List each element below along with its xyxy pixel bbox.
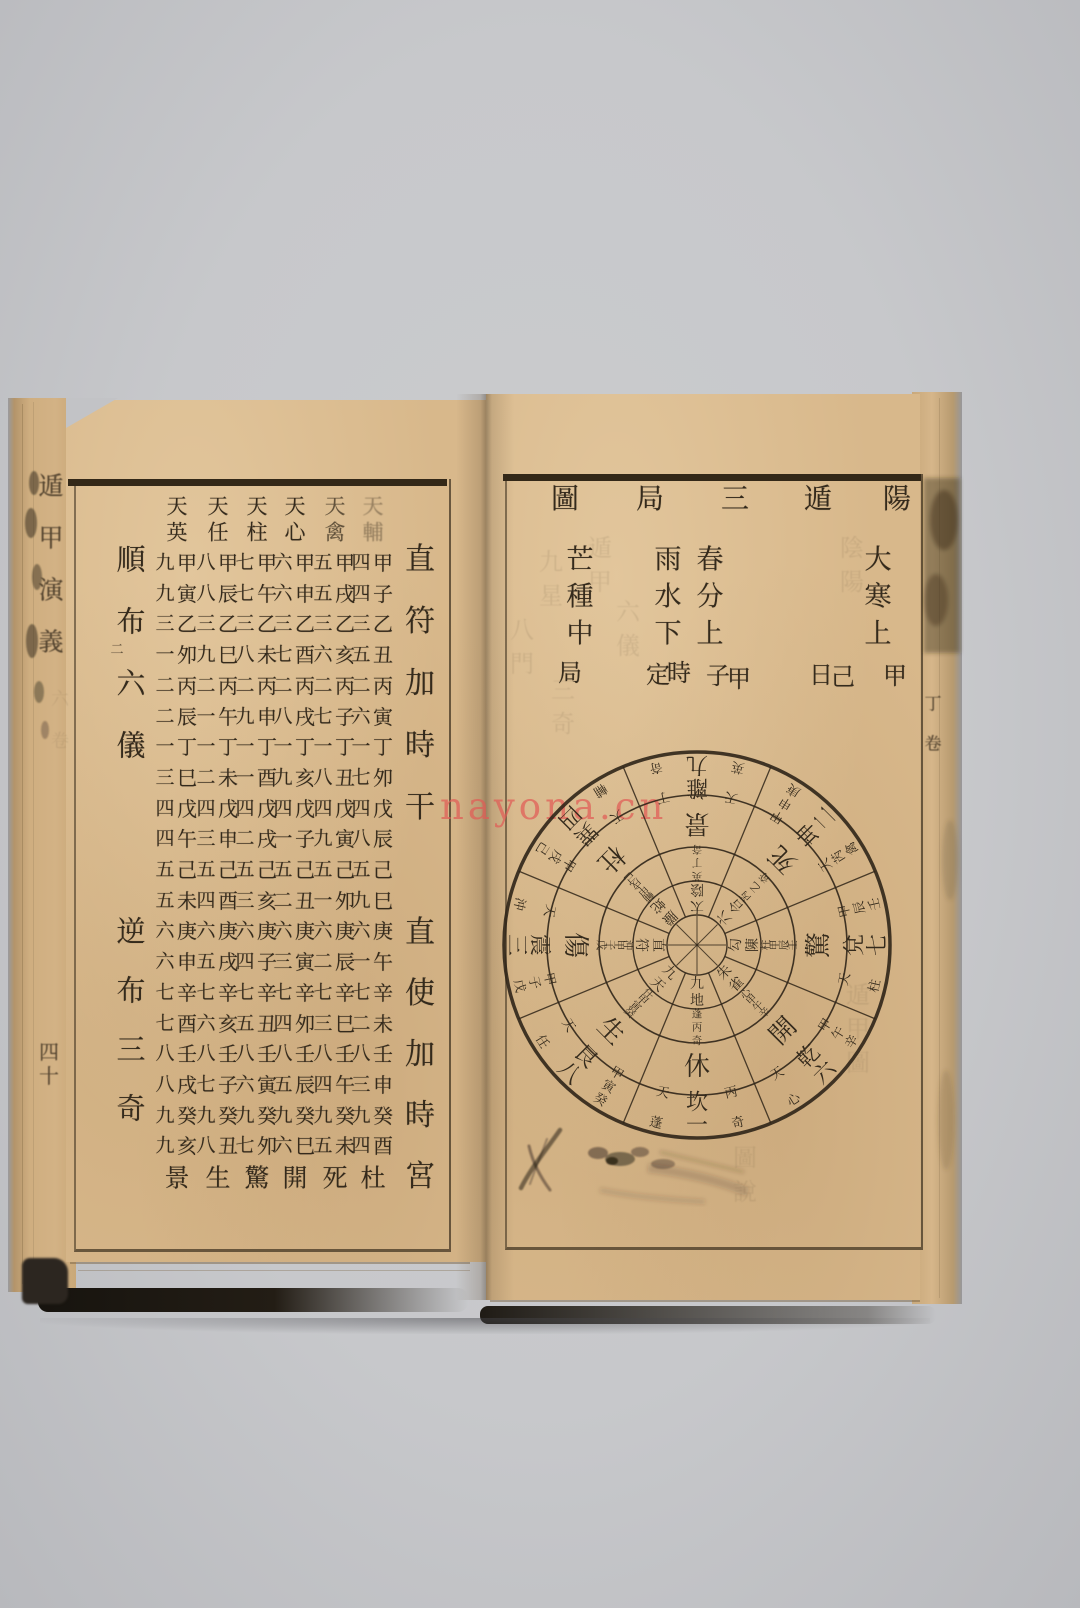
table-footer-gate: 開 <box>282 1166 307 1191</box>
table-cell-stem-branch: 午 <box>177 829 197 849</box>
table-cell-stem-branch: 丙 <box>295 676 315 696</box>
wheel-inner-star-stem: 蓬 <box>692 1007 703 1020</box>
table-header-star: 天 <box>285 497 306 518</box>
table-cell-stem-branch: 辰 <box>177 707 197 727</box>
table-cell-number: 五 <box>273 1075 292 1094</box>
wheel-god: 符 <box>633 938 649 952</box>
table-cell-stem-branch: 子 <box>295 829 315 849</box>
bleedthrough-text: 甲 <box>588 570 612 594</box>
table-cell-number: 九 <box>313 1106 332 1125</box>
table-cell-number: 九 <box>273 1106 292 1125</box>
table-cell-stem-branch: 丙 <box>177 676 197 696</box>
table-cell-number: 一 <box>155 738 174 757</box>
wheel-gate: 生 <box>591 1011 631 1051</box>
table-cell-number: 九 <box>351 891 370 910</box>
table-cell-number: 九 <box>273 768 292 787</box>
table-header-star: 禽 <box>325 523 346 544</box>
table-cell-number: 九 <box>155 1137 174 1156</box>
table-cell-number: 七 <box>235 554 254 573</box>
table-cell-number: 六 <box>273 1137 292 1156</box>
table-cell-number: 六 <box>273 922 292 941</box>
wheel-star: 天 <box>723 788 739 806</box>
table-cell-number: 九 <box>196 646 215 665</box>
table-cell-number: 八 <box>235 646 254 665</box>
annotation-char: 定 <box>646 663 670 687</box>
spine-title: 演 <box>38 578 63 603</box>
wheel-inner-star-stem: 丙 <box>692 1022 703 1034</box>
heading-zhishi-jiashigong: 時 <box>405 1101 435 1131</box>
wheel-inner-star-stem: 奇 <box>691 843 702 856</box>
wheel-star: 天 <box>836 971 854 987</box>
table-cell-number: 八 <box>196 584 215 603</box>
spine-title: 甲 <box>38 526 63 551</box>
table-cell-number: 五 <box>313 554 332 573</box>
table-cell-number: 一 <box>273 738 292 757</box>
spine-title: 義 <box>38 630 63 655</box>
table-cell-number: 九 <box>155 584 174 603</box>
label-nibu-sanqi: 奇 <box>116 1095 145 1124</box>
wheel-palace: 震 <box>527 934 552 956</box>
bleedthrough-text: 六 <box>616 600 640 624</box>
table-cell-number: 九 <box>155 554 174 573</box>
table-cell-number: 八 <box>351 1045 370 1064</box>
table-cell-number: 四 <box>351 799 370 818</box>
wheel-inner-star-stem: 英 <box>691 870 702 883</box>
table-cell-number: 七 <box>235 584 254 603</box>
solar-term: 雨 <box>655 547 682 574</box>
table-cell-number: 六 <box>273 554 292 573</box>
table-cell-number: 七 <box>155 983 174 1002</box>
table-cell-stem-branch: 丑 <box>373 645 393 665</box>
table-cell-number: 一 <box>196 707 215 726</box>
wheel-stem: 丙 <box>723 1084 739 1102</box>
table-cell-stem-branch: 丁 <box>177 737 197 757</box>
table-cell-number: 一 <box>155 646 174 665</box>
table-header-star: 輔 <box>363 523 384 544</box>
label-shunbu-liuyi: 順 <box>116 546 145 575</box>
annotation-char: 甲 <box>727 667 751 691</box>
wheel-inner-star-stem: 壬 <box>787 939 799 950</box>
bleedthrough-text: 陽 <box>840 570 864 594</box>
wheel-star: 英 <box>730 758 746 776</box>
right-frame-top-rule <box>503 474 921 481</box>
table-cell-number: 四 <box>351 584 370 603</box>
heading-zhishi-jiashigong: 使 <box>405 979 435 1009</box>
page-number: 四 <box>39 1042 59 1062</box>
table-cell-number: 三 <box>351 1075 370 1094</box>
wheel-gate: 杜 <box>591 839 631 879</box>
table-cell-number: 四 <box>273 1014 292 1033</box>
table-cell-number: 三 <box>313 1014 332 1033</box>
annotation-char: 甲 <box>883 664 907 688</box>
table-cell-number: 四 <box>196 891 215 910</box>
table-cell-stem-branch: 辰 <box>295 1075 315 1095</box>
solar-term: 下 <box>655 621 682 648</box>
table-cell-number: 四 <box>313 799 332 818</box>
spine-subtitle: 卷 <box>51 733 69 751</box>
bleedthrough-text: 陰 <box>840 536 864 560</box>
wheel-gate: 開 <box>763 1011 803 1051</box>
table-cell-number: 七 <box>273 983 292 1002</box>
solar-term: 春 <box>697 547 724 574</box>
table-cell-stem-branch: 酉 <box>373 1136 393 1156</box>
wheel-gate: 驚 <box>804 932 834 958</box>
table-cell-stem-branch: 午 <box>373 952 393 972</box>
table-cell-number: 二 <box>313 676 332 695</box>
label-nibu-sanqi: 布 <box>116 977 145 1006</box>
table-cell-stem-branch: 酉 <box>177 1014 197 1034</box>
table-cell-number: 九 <box>351 1106 370 1125</box>
table-cell-number: 七 <box>155 1014 174 1033</box>
table-cell-number: 七 <box>235 983 254 1002</box>
table-cell-number: 四 <box>196 799 215 818</box>
table-footer-gate: 死 <box>322 1166 347 1191</box>
table-cell-number: 一 <box>273 830 292 849</box>
table-cell-stem-branch: 壬 <box>295 1044 315 1064</box>
wheel-sector-divider <box>725 956 876 1018</box>
wheel-palace: 坎 <box>686 1091 708 1116</box>
table-cell-number: 五 <box>273 861 292 880</box>
table-cell-number: 九 <box>196 1106 215 1125</box>
bleedthrough-text: 說 <box>733 1180 757 1204</box>
table-cell-stem-branch: 申 <box>373 1075 393 1095</box>
bleedthrough-text: 星 <box>539 584 563 608</box>
spine-subtitle: 六 <box>51 691 69 709</box>
table-cell-number: 八 <box>196 1137 215 1156</box>
heading-zhifu-jiashigan: 時 <box>405 731 435 761</box>
table-cell-number: 三 <box>155 615 174 634</box>
table-cell-stem-branch: 癸 <box>295 1106 315 1126</box>
table-cell-number: 二 <box>235 830 254 849</box>
annotation-char: 時 <box>667 661 691 685</box>
table-cell-number: 二 <box>351 676 370 695</box>
table-cell-number: 四 <box>351 1137 370 1156</box>
table-cell-number: 八 <box>313 1045 332 1064</box>
table-cell-stem-branch: 夘 <box>373 768 393 788</box>
label-shunbu-liuyi: 儀 <box>116 732 145 761</box>
wheel-stem: 奇 <box>730 1115 746 1133</box>
table-cell-stem-branch: 子 <box>373 584 393 604</box>
table-cell-number: 三 <box>235 891 254 910</box>
table-cell-number: 五 <box>313 1137 332 1156</box>
table-cell-number: 二 <box>351 1014 370 1033</box>
table-cell-number: 六 <box>351 922 370 941</box>
table-cell-number: 四 <box>235 799 254 818</box>
wheel-stem: 丁 <box>655 788 671 806</box>
table-cell-stem-branch: 丁 <box>295 737 315 757</box>
table-cell-stem-branch: 辛 <box>177 983 197 1003</box>
wheel-sector-divider <box>708 767 770 918</box>
table-cell-stem-branch: 亥 <box>177 1136 197 1156</box>
wheel-star: 沖 <box>510 896 529 912</box>
table-cell-stem-branch: 巳 <box>373 891 393 911</box>
table-cell-stem-branch: 己 <box>177 860 197 880</box>
cover-edge-left <box>38 1288 468 1312</box>
table-cell-number: 五 <box>235 1014 254 1033</box>
annotation-char: 子 <box>706 664 730 688</box>
wheel-stem: 戊 <box>510 978 529 994</box>
table-cell-stem-branch: 戊 <box>373 799 393 819</box>
table-cell-stem-branch: 乙 <box>295 614 315 634</box>
wheel-god: 勾 <box>728 938 744 952</box>
solar-term: 上 <box>697 621 724 648</box>
table-cell-stem-branch: 庚 <box>373 921 393 941</box>
label-nibu-sanqi: 三 <box>116 1036 145 1065</box>
wheel-inner-star-stem: 戊 <box>595 940 608 951</box>
table-cell-stem-branch: 庚 <box>177 921 197 941</box>
page-title-char: 三 <box>721 485 749 513</box>
table-cell-number: 九 <box>235 707 254 726</box>
table-cell-number: 八 <box>235 1045 254 1064</box>
table-header-star: 任 <box>208 523 229 544</box>
table-cell-number: 四 <box>273 799 292 818</box>
table-cell-number: 七 <box>273 646 292 665</box>
table-cell-number: 八 <box>196 554 215 573</box>
table-header-star: 柱 <box>247 523 268 544</box>
table-cell-stem-branch: 酉 <box>295 645 315 665</box>
solar-term: 大 <box>865 547 892 574</box>
table-cell-number: 八 <box>155 1075 174 1094</box>
table-cell-stem-branch: 丙 <box>373 676 393 696</box>
heading-zhifu-jiashigan: 直 <box>405 545 435 575</box>
wheel-god: 九 <box>690 976 704 992</box>
solar-term: 分 <box>697 584 724 611</box>
wheel-god: 陳 <box>745 938 761 952</box>
table-cell-number: 八 <box>313 768 332 787</box>
table-footer-gate: 驚 <box>244 1166 269 1191</box>
table-cell-stem-branch: 亥 <box>295 768 315 788</box>
table-cell-stem-branch: 壬 <box>373 1044 393 1064</box>
table-cell-number: 二 <box>196 768 215 787</box>
table-cell-number: 六 <box>273 584 292 603</box>
table-cell-number: 五 <box>351 646 370 665</box>
heading-zhifu-jiashigan: 符 <box>405 607 435 637</box>
heading-zhifu-jiashigan: 干 <box>405 793 435 823</box>
bleedthrough-text: 九 <box>539 550 563 574</box>
table-cell-number: 五 <box>313 861 332 880</box>
table-cell-number: 二 <box>273 676 292 695</box>
annotation-char: 日 <box>809 663 833 687</box>
page-number: 十 <box>39 1066 59 1086</box>
table-cell-stem-branch: 辰 <box>373 829 393 849</box>
table-cell-number: 二 <box>196 676 215 695</box>
table-cell-number: 七 <box>313 983 332 1002</box>
table-cell-number: 五 <box>155 861 174 880</box>
book-shadow <box>40 1318 930 1334</box>
table-cell-stem-branch: 丁 <box>373 737 393 757</box>
table-cell-stem-branch: 癸 <box>373 1106 393 1126</box>
page-title-char: 圖 <box>551 485 579 513</box>
small-mark: 二 <box>110 644 123 657</box>
wheel-gate: 傷 <box>560 932 590 958</box>
wheel-god: 地 <box>690 992 704 1009</box>
table-cell-number: 二 <box>313 953 332 972</box>
table-header-star: 英 <box>167 523 188 544</box>
wheel-inner-star-stem: 丁 <box>692 857 703 869</box>
table-cell-stem-branch: 丑 <box>295 891 315 911</box>
bleedthrough-text: 遁 <box>588 536 612 560</box>
table-header-star: 天 <box>325 497 346 518</box>
table-cell-number: 七 <box>313 707 332 726</box>
table-cell-stem-branch: 甲 <box>177 553 197 573</box>
table-cell-number: 四 <box>313 1075 332 1094</box>
table-cell-number: 一 <box>196 738 215 757</box>
label-shunbu-liuyi: 布 <box>116 608 145 637</box>
table-cell-stem-branch: 戊 <box>295 799 315 819</box>
table-cell-stem-branch: 庚 <box>295 921 315 941</box>
table-footer-gate: 景 <box>164 1166 189 1191</box>
table-footer-gate: 杜 <box>360 1166 385 1191</box>
wheel-palace: 九 <box>686 752 708 777</box>
cover-corner-left <box>22 1258 68 1304</box>
table-cell-stem-branch: 己 <box>295 860 315 880</box>
solar-term: 上 <box>865 621 892 648</box>
bleedthrough-text: 門 <box>510 652 534 676</box>
table-cell-number: 七 <box>351 768 370 787</box>
table-cell-number: 三 <box>155 768 174 787</box>
wheel-stem: 奇 <box>648 758 664 776</box>
page-title-char: 陽 <box>883 485 911 513</box>
table-cell-number: 一 <box>313 738 332 757</box>
left-frame-top-rule <box>68 479 447 486</box>
table-cell-number: 三 <box>313 615 332 634</box>
scanned-book-photo: nayona.cn <box>0 0 1080 1608</box>
table-cell-number: 八 <box>196 1045 215 1064</box>
wheel-stem: 壬 <box>867 896 885 912</box>
table-cell-number: 九 <box>313 830 332 849</box>
table-cell-number: 九 <box>235 1106 254 1125</box>
label-shunbu-liuyi: 六 <box>116 670 145 699</box>
bleedthrough-text: 奇 <box>551 712 575 736</box>
table-cell-number: 八 <box>351 830 370 849</box>
table-cell-number: 七 <box>351 983 370 1002</box>
table-cell-number: 八 <box>273 707 292 726</box>
table-cell-number: 六 <box>313 922 332 941</box>
table-cell-number: 三 <box>235 615 254 634</box>
bleedthrough-text: 三 <box>551 678 575 702</box>
table-cell-number: 五 <box>155 891 174 910</box>
table-cell-stem-branch: 戊 <box>177 799 197 819</box>
wheel-star: 天 <box>655 1084 671 1102</box>
table-header-star: 心 <box>285 523 306 544</box>
table-cell-number: 九 <box>155 1106 174 1125</box>
table-cell-number: 三 <box>196 830 215 849</box>
table-cell-number: 一 <box>351 738 370 757</box>
table-cell-number: 三 <box>273 615 292 634</box>
table-cell-number: 八 <box>273 1045 292 1064</box>
table-cell-number: 四 <box>351 554 370 573</box>
wheel-star: 蓬 <box>648 1114 664 1133</box>
wheel-sector-divider <box>623 973 685 1124</box>
table-cell-number: 八 <box>155 1045 174 1064</box>
annotation-char: 己 <box>831 665 855 689</box>
table-cell-stem-branch: 寅 <box>373 707 393 727</box>
table-cell-number: 五 <box>313 584 332 603</box>
table-header-star: 天 <box>363 497 384 518</box>
table-cell-stem-branch: 夘 <box>295 1014 315 1034</box>
table-cell-stem-branch: 寅 <box>177 584 197 604</box>
table-cell-number: 六 <box>155 922 174 941</box>
heading-zhishi-jiashigong: 直 <box>405 918 435 948</box>
table-cell-number: 二 <box>155 676 174 695</box>
page-title-char: 局 <box>636 485 664 513</box>
bent-corner <box>66 398 118 428</box>
table-cell-number: 七 <box>196 983 215 1002</box>
table-cell-stem-branch: 甲 <box>295 553 315 573</box>
wheel-inner-star-stem: 奇 <box>692 1034 703 1047</box>
wheel-palace: 七 <box>866 934 891 956</box>
table-cell-stem-branch: 申 <box>295 584 315 604</box>
wheel-palace: 兌 <box>843 934 868 956</box>
wheel-star: 柱 <box>866 978 885 994</box>
label-nibu-sanqi: 逆 <box>116 918 145 947</box>
table-cell-number: 一 <box>351 953 370 972</box>
table-cell-stem-branch: 辛 <box>373 983 393 1003</box>
table-header-star: 天 <box>167 497 188 518</box>
table-footer-gate: 生 <box>205 1166 230 1191</box>
table-cell-number: 七 <box>196 1075 215 1094</box>
solar-term: 水 <box>655 584 682 611</box>
table-cell-number: 二 <box>155 707 174 726</box>
table-cell-number: 六 <box>155 953 174 972</box>
wheel-god: 直 <box>650 938 666 952</box>
wheel-palace: 離 <box>686 775 708 800</box>
table-cell-number: 四 <box>235 953 254 972</box>
table-cell-stem-branch: 戌 <box>177 1075 197 1095</box>
table-cell-stem-branch: 巳 <box>295 1136 315 1156</box>
wheel-god: 陰 <box>690 881 704 897</box>
table-cell-number: 六 <box>196 922 215 941</box>
table-header-star: 天 <box>208 497 229 518</box>
table-cell-stem-branch: 辛 <box>295 983 315 1003</box>
table-cell-number: 五 <box>196 861 215 880</box>
heading-zhifu-jiashigan: 加 <box>405 669 435 699</box>
table-cell-number: 三 <box>351 615 370 634</box>
table-cell-stem-branch: 巳 <box>177 768 197 788</box>
wheel-gate: 景 <box>684 808 710 838</box>
table-cell-stem-branch: 壬 <box>177 1044 197 1064</box>
wheel-palace: 三 <box>504 934 529 956</box>
table-cell-stem-branch: 寅 <box>295 952 315 972</box>
table-cell-stem-branch: 己 <box>373 860 393 880</box>
heading-zhishi-jiashigong: 加 <box>405 1040 435 1070</box>
right-edge-marks: 丁 <box>925 697 942 714</box>
table-cell-stem-branch: 乙 <box>177 614 197 634</box>
table-cell-number: 一 <box>235 768 254 787</box>
table-cell-stem-branch: 戌 <box>295 707 315 727</box>
heading-zhishi-jiashigong: 宮 <box>405 1162 435 1192</box>
table-cell-stem-branch: 甲 <box>373 553 393 573</box>
table-cell-stem-branch: 乙 <box>373 614 393 634</box>
table-cell-number: 七 <box>235 1137 254 1156</box>
wheel-palace: 一 <box>686 1114 708 1139</box>
table-cell-stem-branch: 癸 <box>177 1106 197 1126</box>
table-cell-number: 三 <box>273 953 292 972</box>
table-cell-number: 二 <box>235 676 254 695</box>
table-cell-number: 六 <box>235 1075 254 1094</box>
wheel-god: 太 <box>690 898 704 915</box>
table-cell-number: 四 <box>155 799 174 818</box>
bleedthrough-text: 儀 <box>616 634 640 658</box>
table-cell-number: 二 <box>273 891 292 910</box>
right-edge-marks: 卷 <box>925 737 942 754</box>
bleedthrough-text: 八 <box>510 618 534 642</box>
table-cell-number: 三 <box>196 615 215 634</box>
solar-term: 中 <box>567 621 594 648</box>
table-cell-number: 五 <box>235 861 254 880</box>
table-cell-stem-branch: 未 <box>373 1014 393 1034</box>
table-cell-stem-branch: 夘 <box>177 645 197 665</box>
